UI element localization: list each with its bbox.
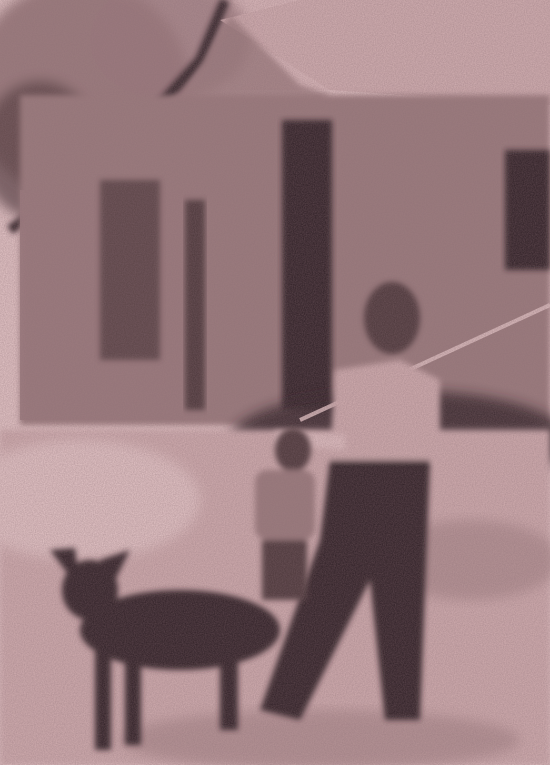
halftone-grain [0, 0, 550, 765]
newspaper-photograph [0, 0, 550, 765]
